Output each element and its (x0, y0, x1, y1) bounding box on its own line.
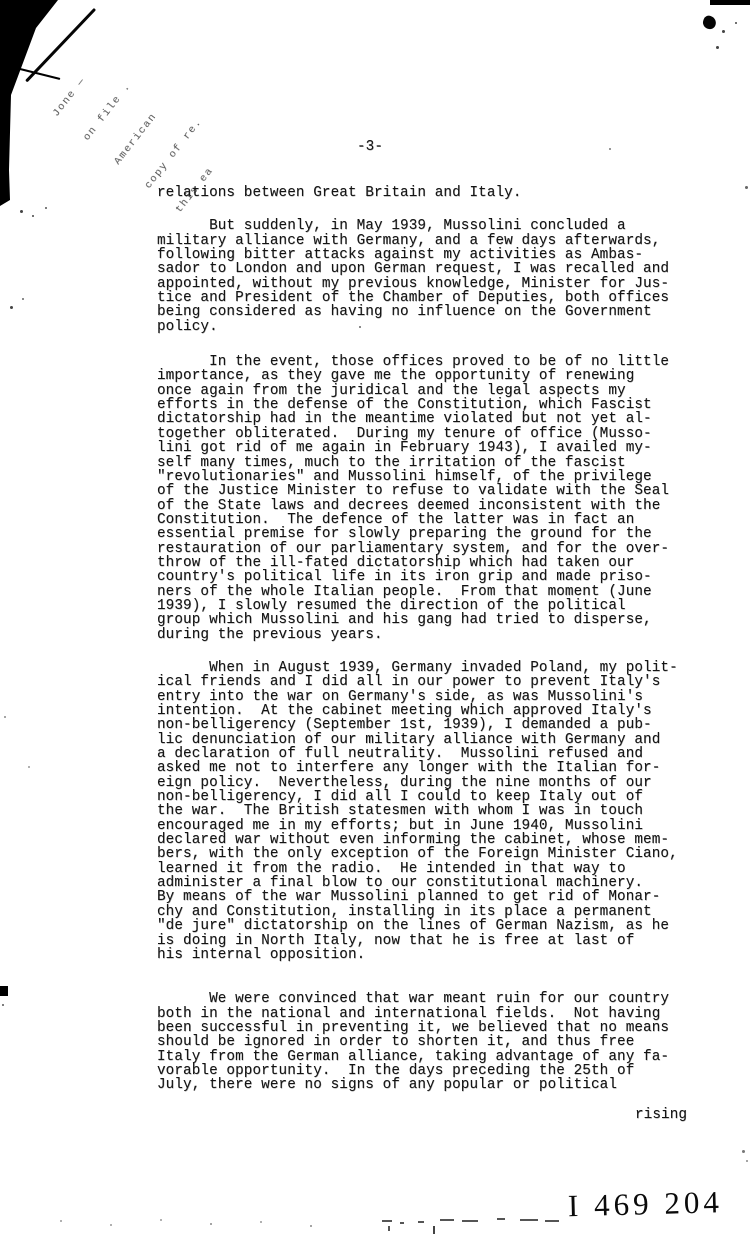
scan-dash (400, 1222, 404, 1224)
scan-speck (210, 1223, 212, 1225)
page-number: -3- (340, 140, 400, 154)
scan-speck (716, 46, 719, 49)
scan-speck (60, 1220, 62, 1222)
scanned-document-page: Jone — on file . American copy of re. th… (0, 0, 750, 1238)
scan-edge-mark (0, 986, 8, 996)
scan-speck (22, 298, 24, 300)
scan-speck (20, 210, 23, 213)
scan-speck (742, 1150, 745, 1153)
scan-speck (160, 1219, 162, 1221)
scan-speck (110, 1224, 112, 1226)
scan-speck (10, 306, 13, 309)
scan-dash (545, 1220, 559, 1222)
scan-speck (722, 30, 725, 33)
scan-dash (497, 1218, 505, 1220)
ink-blob (701, 14, 718, 31)
scan-speck (609, 148, 611, 150)
scan-speck (735, 22, 737, 24)
catchword: rising (157, 1108, 697, 1122)
scan-edge-bar (710, 0, 750, 5)
scan-speck (745, 186, 748, 189)
paragraph: We were convinced that war meant ruin fo… (157, 992, 697, 1092)
scan-speck (260, 1221, 262, 1223)
document-body: relations between Great Britain and Ital… (157, 186, 697, 1122)
scan-dash (440, 1219, 454, 1221)
scan-speck (45, 207, 47, 209)
scan-speck (2, 1004, 4, 1006)
opening-line: relations between Great Britain and Ital… (157, 186, 697, 200)
scan-dash (382, 1220, 392, 1222)
paragraph: In the event, those offices proved to be… (157, 355, 697, 642)
scan-speck (746, 1160, 748, 1162)
scan-dash (462, 1220, 478, 1222)
handwritten-reference: I 469 204 (568, 1186, 744, 1223)
scan-tick (433, 1226, 435, 1234)
scan-dash (520, 1219, 538, 1221)
scan-speck (4, 716, 6, 718)
scan-speck (32, 215, 34, 217)
paragraph: When in August 1939, Germany invaded Pol… (157, 661, 697, 962)
scan-dash (418, 1221, 424, 1223)
scan-tick (388, 1226, 390, 1231)
scan-speck (28, 766, 30, 768)
scan-speck (310, 1225, 312, 1227)
paragraph: But suddenly, in May 1939, Mussolini con… (157, 219, 697, 334)
